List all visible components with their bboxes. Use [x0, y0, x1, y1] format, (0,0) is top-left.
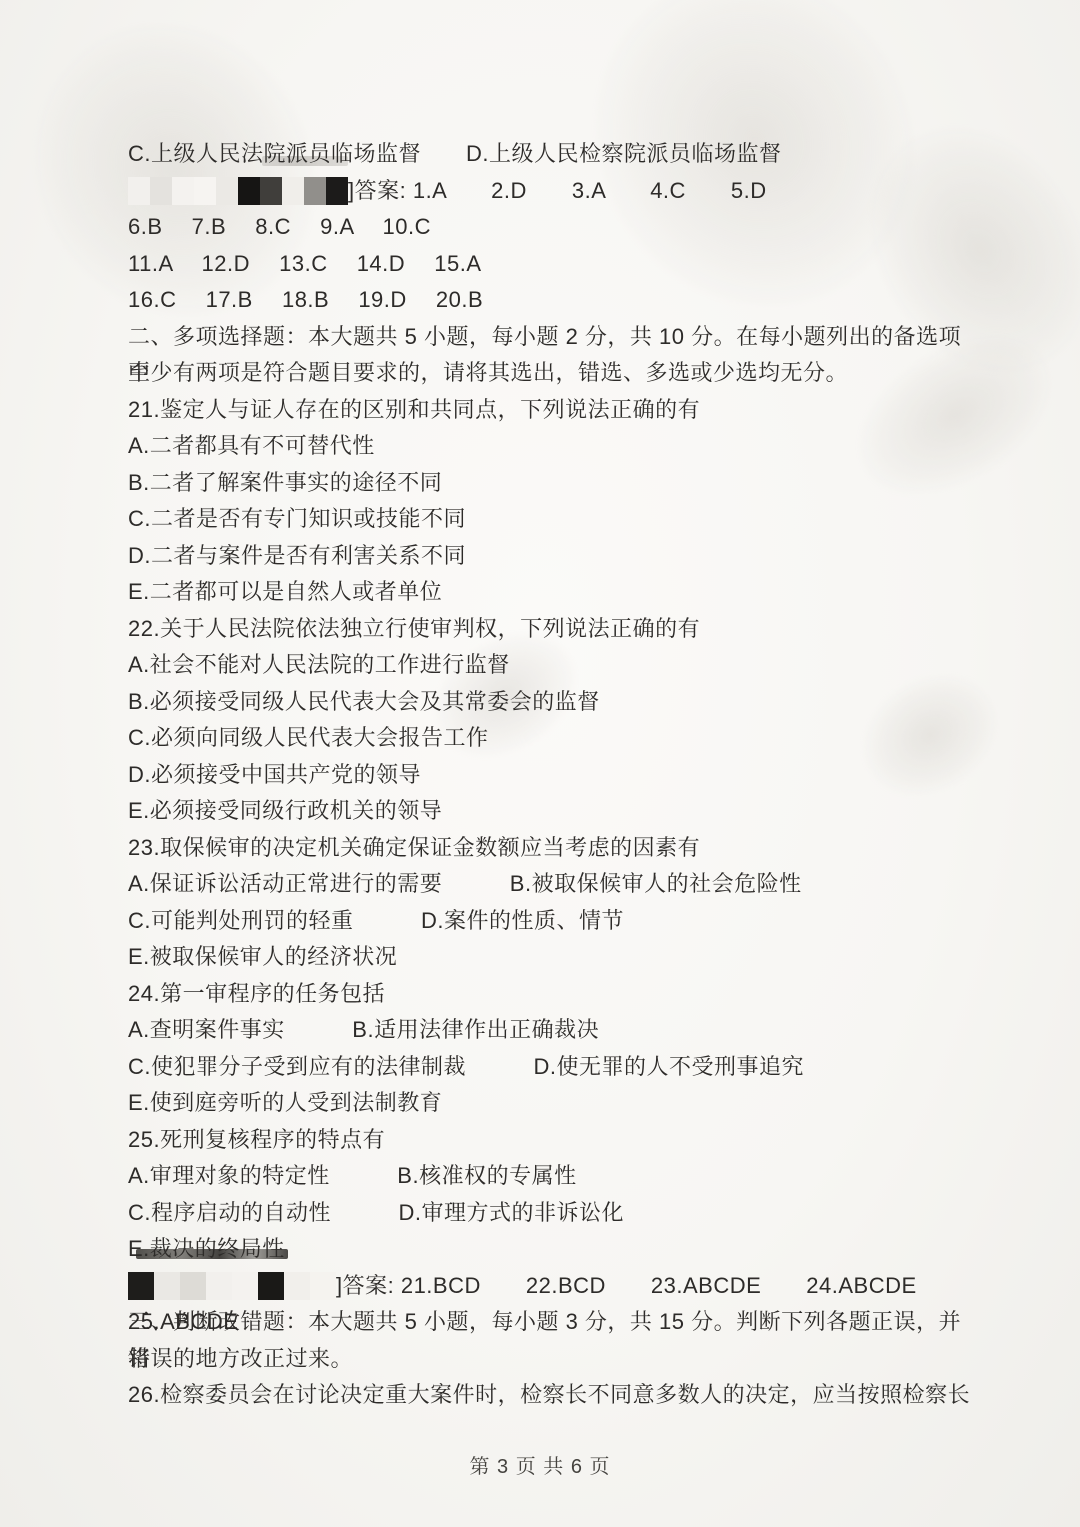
section2-instruction-line2: 至少有两项是符合题目要求的，请将其选出，错选、多选或少选均无分。	[128, 355, 973, 392]
redaction-mosaic-icon	[128, 177, 348, 205]
question-23-stem: 23.取保候审的决定机关确定保证金数额应当考虑的因素有	[128, 830, 973, 867]
question-25-stem: 25.死刑复核程序的特点有	[128, 1122, 973, 1159]
question-24-options-ab: A.查明案件事实 B.适用法律作出正确裁决	[128, 1012, 973, 1049]
answer-key-1-20-line1: ]答案: 1.A 2.D 3.A 4.C 5.D	[128, 173, 973, 210]
question-23-options-cd: C.可能判处刑罚的轻重 D.案件的性质、情节	[128, 903, 973, 940]
question-21-option-e: E.二者都可以是自然人或者单位	[128, 574, 973, 611]
answer-key-1-20-line3: 11.A 12.D 13.C 14.D 15.A	[128, 246, 973, 283]
question-22-option-a: A.社会不能对人民法院的工作进行监督	[128, 647, 973, 684]
redaction-mosaic-icon	[128, 1272, 336, 1300]
section2-instruction-line1: 二、多项选择题：本大题共 5 小题，每小题 2 分，共 10 分。在每小题列出的…	[128, 319, 973, 356]
answer-key-21-25-line: ]答案: 21.BCD 22.BCD 23.ABCDE 24.ABCDE 25.…	[128, 1268, 973, 1305]
question-21-stem: 21.鉴定人与证人存在的区别和共同点，下列说法正确的有	[128, 392, 973, 429]
question-25-options-cd: C.程序启动的自动性 D.审理方式的非诉讼化	[128, 1195, 973, 1232]
question-22-option-c: C.必须向同级人民代表大会报告工作	[128, 720, 973, 757]
exam-paper-page: C.上级人民法院派员临场监督 D.上级人民检察院派员临场监督 ]答案: 1.A …	[0, 0, 1080, 1527]
question-21-option-c: C.二者是否有专门知识或技能不同	[128, 501, 973, 538]
page-number-footer: 第 3 页 共 6 页	[0, 1450, 1080, 1479]
question-22-option-b: B.必须接受同级人民代表大会及其常委会的监督	[128, 684, 973, 721]
question-24-stem: 24.第一审程序的任务包括	[128, 976, 973, 1013]
question-23-options-ab: A.保证诉讼活动正常进行的需要 B.被取保候审人的社会危险性	[128, 866, 973, 903]
page-body-text: C.上级人民法院派员临场监督 D.上级人民检察院派员临场监督 ]答案: 1.A …	[128, 136, 973, 1414]
question-21-option-b: B.二者了解案件事实的途径不同	[128, 465, 973, 502]
section3-instruction-line2: 错误的地方改正过来。	[128, 1341, 973, 1378]
question-24-option-e: E.使到庭旁听的人受到法制教育	[128, 1085, 973, 1122]
section3-instruction-line1: 三、判断改错题：本大题共 5 小题，每小题 3 分，共 15 分。判断下列各题正…	[128, 1304, 973, 1341]
question-26-stem-partial: 26.检察委员会在讨论决定重大案件时，检察长不同意多数人的决定，应当按照检察长	[128, 1377, 973, 1414]
answer-key-text: ]答案: 1.A 2.D 3.A 4.C 5.D	[348, 178, 767, 203]
question-22-stem: 22.关于人民法院依法独立行使审判权，下列说法正确的有	[128, 611, 973, 648]
answer-key-1-20-line2: 6.B 7.B 8.C 9.A 10.C	[128, 209, 973, 246]
question-21-option-a: A.二者都具有不可替代性	[128, 428, 973, 465]
answer-key-1-20-line4: 16.C 17.B 18.B 19.D 20.B	[128, 282, 973, 319]
question-24-options-cd: C.使犯罪分子受到应有的法律制裁 D.使无罪的人不受刑事追究	[128, 1049, 973, 1086]
question-25-options-ab: A.审理对象的特定性 B.核准权的专属性	[128, 1158, 973, 1195]
question-22-option-e: E.必须接受同级行政机关的领导	[128, 793, 973, 830]
question-21-option-d: D.二者与案件是否有利害关系不同	[128, 538, 973, 575]
carryover-options-line: C.上级人民法院派员临场监督 D.上级人民检察院派员临场监督	[128, 136, 973, 173]
question-23-option-e: E.被取保候审人的经济状况	[128, 939, 973, 976]
question-22-option-d: D.必须接受中国共产党的领导	[128, 757, 973, 794]
question-25-option-e: E.裁决的终局性	[128, 1231, 973, 1268]
